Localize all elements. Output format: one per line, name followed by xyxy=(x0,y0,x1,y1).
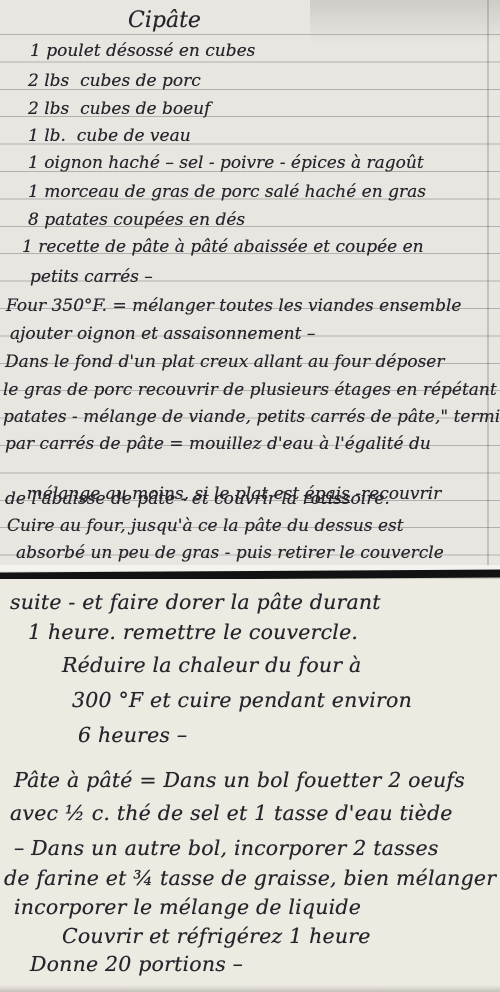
recipe-line: Pâte à pâté = Dans un bol fouetter 2 oeu… xyxy=(14,768,465,793)
photo-shadow xyxy=(310,0,500,44)
recipe-line: petits carrés – xyxy=(30,266,153,288)
recipe-line: 6 heures – xyxy=(78,723,187,748)
recipe-line: Cuire au four, jusqu'à ce la pâte du des… xyxy=(7,515,404,537)
recipe-line: suite - et faire dorer la pâte durant xyxy=(10,590,381,615)
recipe-line: 1 lb. cube de veau xyxy=(28,125,191,147)
photo-bottom-edge xyxy=(0,985,500,992)
recipe-title: Cipâte xyxy=(128,8,201,33)
recipe-line: 1 poulet désossé en cubes xyxy=(30,40,255,62)
recipe-line: 1 recette de pâte à pâté abaissée et cou… xyxy=(22,236,424,258)
recipe-line: – Dans un autre bol, incorporer 2 tasses xyxy=(14,836,439,861)
card-right-edge xyxy=(487,0,489,573)
recipe-line: absorbé un peu de gras - puis retirer le… xyxy=(16,542,444,564)
recipe-line: Réduire la chaleur du four à xyxy=(62,653,361,678)
recipe-line: ajouter oignon et assaisonnement – xyxy=(10,323,315,345)
recipe-line: par carrés de pâte = mouillez d'eau à l'… xyxy=(5,433,431,455)
recipe-line: 2 lbs cubes de porc xyxy=(28,70,201,92)
recipe-line: 1 heure. remettre le couvercle. xyxy=(28,620,358,645)
recipe-line: Couvrir et réfrigérez 1 heure xyxy=(62,924,371,949)
recipe-line: 2 lbs cubes de boeuf xyxy=(28,98,210,120)
recipe-line: Dans le fond d'un plat creux allant au f… xyxy=(5,351,445,373)
recipe-line: Four 350°F. = mélanger toutes les viande… xyxy=(6,295,461,317)
recipe-line: patates - mélange de viande, petits carr… xyxy=(3,406,500,428)
recipe-line: 1 morceau de gras de porc salé haché en … xyxy=(28,181,426,203)
recipe-line: incorporer le mélange de liquide xyxy=(14,895,361,920)
recipe-line: 8 patates coupées en dés xyxy=(28,209,245,231)
recipe-line: Donne 20 portions – xyxy=(30,952,243,977)
recipe-line: le gras de porc recouvrir de plusieurs é… xyxy=(3,379,497,401)
bottom-recipe-card: suite - et faire dorer la pâte durant 1 … xyxy=(0,579,500,992)
recipe-line: de l'abaisse de pâte - et couvrir la rot… xyxy=(5,488,390,510)
recipe-line: de farine et ¾ tasse de graisse, bien mé… xyxy=(4,866,496,891)
recipe-line: 300 °F et cuire pendant environ xyxy=(72,688,412,713)
recipe-line: avec ½ c. thé de sel et 1 tasse d'eau ti… xyxy=(10,801,453,826)
recipe-line: 1 oignon haché – sel - poivre - épices à… xyxy=(28,152,424,174)
top-recipe-card: Cipâte 1 poulet désossé en cubes 2 lbs c… xyxy=(0,0,500,573)
